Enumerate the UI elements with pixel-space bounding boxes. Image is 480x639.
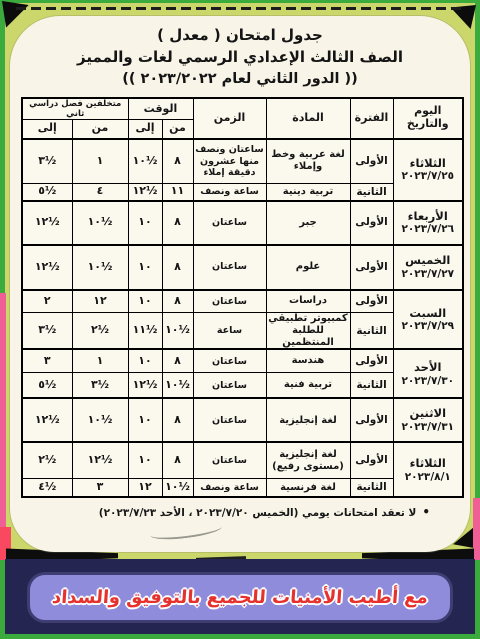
day-date-cell: السبت٢٠٢٣/٧/٢٩ (393, 290, 463, 350)
period-cell: الأولى (350, 201, 393, 245)
duration-cell: ساعة ونصف (193, 478, 266, 497)
header-row-groups: اليوم والتاريخ الفترة المادة الزمن الوقت… (22, 98, 463, 120)
day-name: الأربعاء (395, 210, 462, 224)
footnote-text: لا تعقد امتحانات يومي (الخميس ٢٠٢٣/٧/٢٠ … (99, 507, 417, 519)
time-from-cell: ٨ (162, 139, 193, 184)
day-date-cell: الأحد٢٠٢٣/٧/٣٠ (393, 349, 463, 398)
col-header-time-to: إلى (128, 120, 162, 139)
time-from-cell: ٨ (162, 290, 193, 313)
duration-cell: ساعتان (193, 245, 266, 290)
col-header-duration: الزمن (193, 98, 266, 139)
schedule-row: الثلاثاء٢٠٢٣/٨/١الأولىلغة إنجليزية (مستو… (22, 442, 463, 478)
time-to-cell: ١٠ (128, 245, 162, 290)
retake-to-cell: ٣ (22, 349, 72, 372)
retake-to-cell: ١٢½ (22, 245, 72, 290)
subject-cell: لغة إنجليزية (266, 398, 350, 442)
period-cell: الأولى (350, 349, 393, 372)
day-name: الثلاثاء (395, 457, 462, 471)
period-cell: الأولى (350, 290, 393, 313)
duration-cell: ساعتان (193, 398, 266, 442)
day-name: الثلاثاء (395, 157, 462, 171)
retake-from-cell: ١ (72, 139, 128, 184)
retake-from-cell: ٣ (72, 478, 128, 497)
day-name: الأحد (395, 361, 462, 375)
grade-subtitle: الصف الثالث الإعدادي الرسمي لغات والمميز (0, 46, 480, 68)
subject-cell: دراسات (266, 290, 350, 313)
day-date: ٢٠٢٣/٧/٢٥ (395, 170, 462, 182)
day-date: ٢٠٢٣/٧/٣٠ (395, 375, 462, 387)
retake-to-cell: ٢½ (22, 442, 72, 478)
wishes-banner-box: مع أطيب الأمنيات للجميع بالتوفيق والسداد (27, 572, 453, 623)
bullet-icon: • (422, 505, 430, 519)
day-date-cell: الخميس٢٠٢٣/٧/٢٧ (393, 245, 463, 290)
day-name: الاثنين (395, 407, 462, 421)
retake-from-cell: ١٢½ (72, 442, 128, 478)
duration-cell: ساعتان (193, 201, 266, 245)
time-from-cell: ٨ (162, 349, 193, 372)
retake-from-cell: ١ (72, 349, 128, 372)
retake-from-cell: ١٠½ (72, 398, 128, 442)
document-header: جدول امتحان ( معدل ) الصف الثالث الإعداد… (0, 24, 480, 90)
col-header-retake-from: من (72, 120, 128, 139)
retake-to-cell: ٥½ (22, 372, 72, 398)
time-from-cell: ٨ (162, 398, 193, 442)
duration-cell: ساعة ونصف (193, 184, 266, 201)
retake-from-cell: ١٠½ (72, 245, 128, 290)
document-title: جدول امتحان ( معدل ) (0, 24, 480, 46)
retake-from-cell: ١٢ (72, 290, 128, 313)
time-to-cell: ١١½ (128, 313, 162, 350)
subject-cell: تربية دينية (266, 184, 350, 201)
subject-cell: كمبيوتر تطبيقي للطلبة المنتظمين (266, 313, 350, 350)
time-to-cell: ١٠½ (128, 139, 162, 184)
col-header-time-from: من (162, 120, 193, 139)
day-date: ٢٠٢٣/٨/١ (395, 471, 462, 483)
retake-to-cell: ٥½ (22, 184, 72, 201)
term-year-subtitle: (( الدور الثاني لعام ٢٠٢٣/٢٠٢٢ )) (0, 68, 480, 90)
retake-from-cell: ٤ (72, 184, 128, 201)
retake-to-cell: ٣½ (22, 313, 72, 350)
time-from-cell: ٨ (162, 442, 193, 478)
time-to-cell: ١٠ (128, 349, 162, 372)
duration-cell: ساعتان (193, 442, 266, 478)
day-date: ٢٠٢٣/٧/٢٩ (395, 320, 462, 332)
wishes-banner-text: مع أطيب الأمنيات للجميع بالتوفيق والسداد (51, 587, 428, 608)
time-to-cell: ١٠ (128, 201, 162, 245)
day-date: ٢٠٢٣/٧/٢٦ (395, 223, 462, 235)
time-to-cell: ١٢½ (128, 184, 162, 201)
time-from-cell: ١٠½ (162, 372, 193, 398)
schedule-row: الثلاثاء٢٠٢٣/٧/٢٥الأولىلغة عربية وخط وإم… (22, 139, 463, 184)
retake-to-cell: ٢ (22, 290, 72, 313)
col-header-retake: متخلفين فصل دراسي ثاني (22, 98, 128, 120)
col-header-time: الوقت (128, 98, 193, 120)
duration-cell: ساعتان (193, 372, 266, 398)
schedule-body: الثلاثاء٢٠٢٣/٧/٢٥الأولىلغة عربية وخط وإم… (22, 139, 463, 498)
time-from-cell: ٨ (162, 201, 193, 245)
retake-from-cell: ٢½ (72, 313, 128, 350)
period-cell: الأولى (350, 139, 393, 184)
subject-cell: علوم (266, 245, 350, 290)
period-cell: الثانية (350, 478, 393, 497)
col-header-period: الفترة (350, 98, 393, 139)
time-to-cell: ١٢ (128, 478, 162, 497)
schedule-row: الأحد٢٠٢٣/٧/٣٠الأولىهندسةساعتان٨١٠١٣ (22, 349, 463, 372)
day-date: ٢٠٢٣/٧/٣١ (395, 421, 462, 433)
bottom-banner-band: مع أطيب الأمنيات للجميع بالتوفيق والسداد (5, 559, 475, 634)
scan-edge-artifact-right (473, 498, 480, 560)
scanned-exam-schedule-page: جدول امتحان ( معدل ) الصف الثالث الإعداد… (0, 0, 480, 639)
day-date-cell: الثلاثاء٢٠٢٣/٨/١ (393, 442, 463, 497)
duration-cell: ساعتان (193, 349, 266, 372)
subject-cell: لغة عربية وخط وإملاء (266, 139, 350, 184)
schedule-row: الخميس٢٠٢٣/٧/٢٧الأولىعلومساعتان٨١٠١٠½١٢½ (22, 245, 463, 290)
subject-cell: لغة فرنسية (266, 478, 350, 497)
duration-cell: ساعة (193, 313, 266, 350)
retake-to-cell: ١٢½ (22, 201, 72, 245)
day-date-cell: الثلاثاء٢٠٢٣/٧/٢٥ (393, 139, 463, 201)
retake-from-cell: ١٠½ (72, 201, 128, 245)
duration-cell: ساعتان ونصف منها عشرون دقيقة إملاء (193, 139, 266, 184)
day-date-cell: الأربعاء٢٠٢٣/٧/٢٦ (393, 201, 463, 245)
period-cell: الأولى (350, 398, 393, 442)
time-from-cell: ١٠½ (162, 313, 193, 350)
period-cell: الثانية (350, 184, 393, 201)
period-cell: الثانية (350, 313, 393, 350)
time-to-cell: ١٠ (128, 442, 162, 478)
subject-cell: تربية فنية (266, 372, 350, 398)
retake-to-cell: ٤½ (22, 478, 72, 497)
day-date: ٢٠٢٣/٧/٢٧ (395, 268, 462, 280)
schedule-table: اليوم والتاريخ الفترة المادة الزمن الوقت… (21, 97, 464, 498)
day-name: الخميس (395, 254, 462, 268)
retake-to-cell: ١٢½ (22, 398, 72, 442)
no-exams-footnote: •لا تعقد امتحانات يومي (الخميس ٢٠٢٣/٧/٢٠… (99, 505, 430, 519)
retake-to-cell: ٣½ (22, 139, 72, 184)
col-header-subject: المادة (266, 98, 350, 139)
time-from-cell: ١١ (162, 184, 193, 201)
schedule-row: الأربعاء٢٠٢٣/٧/٢٦الأولىجبرساعتان٨١٠١٠½١٢… (22, 201, 463, 245)
day-name: السبت (395, 307, 462, 321)
day-date-cell: الاثنين٢٠٢٣/٧/٣١ (393, 398, 463, 442)
col-header-day-date: اليوم والتاريخ (393, 98, 463, 139)
perforation-dashes (16, 7, 466, 10)
scan-edge-artifact-left (0, 293, 6, 559)
subject-cell: جبر (266, 201, 350, 245)
subject-cell: لغة إنجليزية (مستوى رفيع) (266, 442, 350, 478)
subject-cell: هندسة (266, 349, 350, 372)
period-cell: الأولى (350, 442, 393, 478)
retake-from-cell: ٣½ (72, 372, 128, 398)
time-to-cell: ١٠ (128, 398, 162, 442)
time-to-cell: ١٢½ (128, 372, 162, 398)
time-to-cell: ١٠ (128, 290, 162, 313)
period-cell: الثانية (350, 372, 393, 398)
col-header-retake-to: إلى (22, 120, 72, 139)
schedule-row: الاثنين٢٠٢٣/٧/٣١الأولىلغة إنجليزيةساعتان… (22, 398, 463, 442)
duration-cell: ساعتان (193, 290, 266, 313)
time-from-cell: ٨ (162, 245, 193, 290)
time-from-cell: ١٠½ (162, 478, 193, 497)
period-cell: الأولى (350, 245, 393, 290)
schedule-row: السبت٢٠٢٣/٧/٢٩الأولىدراساتساعتان٨١٠١٢٢ (22, 290, 463, 313)
